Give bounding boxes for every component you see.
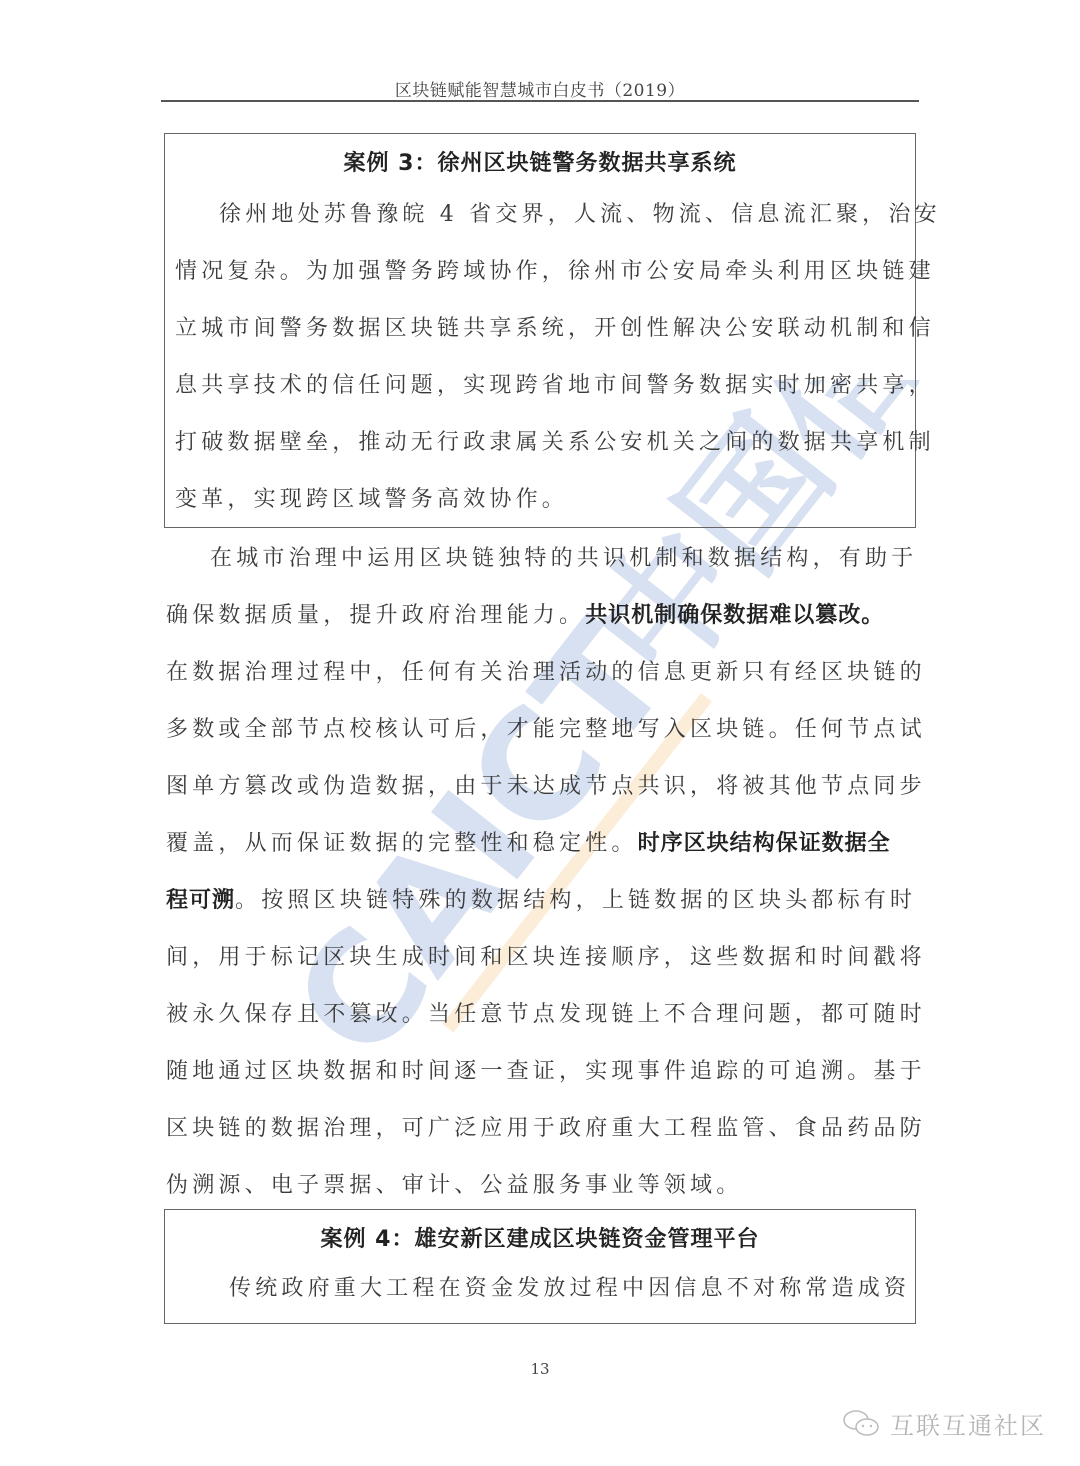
key-point-consensus: 共识机制确保数据难以篡改。: [585, 603, 884, 628]
case-3-line: 立城市间警务数据区块链共享系统，开创性解决公安联动机制和信: [175, 300, 915, 357]
body-line: 随地通过区块数据和时间逐一查证，实现事件追踪的可追溯。基于: [166, 1043, 918, 1100]
footer-brand-name: 互联互通社区: [890, 1406, 1046, 1441]
case-3-line: 情况复杂。为加强警务跨域协作，徐州市公安局牵头利用区块链建: [175, 243, 915, 300]
case-3-line: 变革，实现跨区域警务高效协作。: [175, 471, 915, 528]
body-line: 伪溯源、电子票据、审计、公益服务事业等领域。: [166, 1157, 918, 1214]
case-3-line: 息共享技术的信任问题，实现跨省地市间警务数据实时加密共享，: [175, 357, 915, 414]
page-number: 13: [0, 1360, 1080, 1378]
body-line: 图单方篡改或伪造数据，由于未达成节点共识，将被其他节点同步: [166, 758, 918, 815]
body-line: 多数或全部节点校核认可后，才能完整地写入区块链。任何节点试: [166, 701, 918, 758]
body-line: 确保数据质量，提升政府治理能力。共识机制确保数据难以篡改。: [166, 587, 918, 644]
body-paragraph: 在城市治理中运用区块链独特的共识机制和数据结构，有助于 确保数据质量，提升政府治…: [166, 530, 918, 1214]
case-4-title: 案例 4：雄安新区建成区块链资金管理平台: [165, 1220, 915, 1260]
footer-brand: 互联互通社区: [842, 1406, 1046, 1441]
body-line: 被永久保存且不篡改。当任意节点发现链上不合理问题，都可随时: [166, 986, 918, 1043]
case-4-line: 传统政府重大工程在资金发放过程中因信息不对称常造成资: [185, 1260, 915, 1317]
body-line: 间，用于标记区块生成时间和区块连接顺序，这些数据和时间戳将: [166, 929, 918, 986]
body-line: 在城市治理中运用区块链独特的共识机制和数据结构，有助于: [166, 530, 918, 587]
body-line: 覆盖，从而保证数据的完整性和稳定性。时序区块结构保证数据全: [166, 815, 918, 872]
header-divider: [161, 100, 919, 102]
case-3-title: 案例 3：徐州区块链警务数据共享系统: [165, 144, 915, 184]
body-line: 区块链的数据治理，可广泛应用于政府重大工程监管、食品药品防: [166, 1100, 918, 1157]
case-3-line: 徐州地处苏鲁豫皖 4 省交界，人流、物流、信息流汇聚，治安: [175, 186, 915, 243]
case-3-line: 打破数据壁垒，推动无行政隶属关系公安机关之间的数据共享机制: [175, 414, 915, 471]
case-4-box: 案例 4：雄安新区建成区块链资金管理平台 传统政府重大工程在资金发放过程中因信息…: [164, 1209, 916, 1324]
document-header-title: 区块链赋能智慧城市白皮书（2019）: [0, 76, 1080, 101]
body-line: 在数据治理过程中，任何有关治理活动的信息更新只有经区块链的: [166, 644, 918, 701]
wechat-icon: [842, 1408, 882, 1440]
case-3-box: 案例 3：徐州区块链警务数据共享系统 徐州地处苏鲁豫皖 4 省交界，人流、物流、…: [164, 133, 916, 528]
key-point-traceability-cont: 程可溯: [166, 888, 235, 913]
body-line: 程可溯。按照区块链特殊的数据结构，上链数据的区块头都标有时: [166, 872, 918, 929]
key-point-traceability: 时序区块结构保证数据全: [638, 831, 891, 856]
